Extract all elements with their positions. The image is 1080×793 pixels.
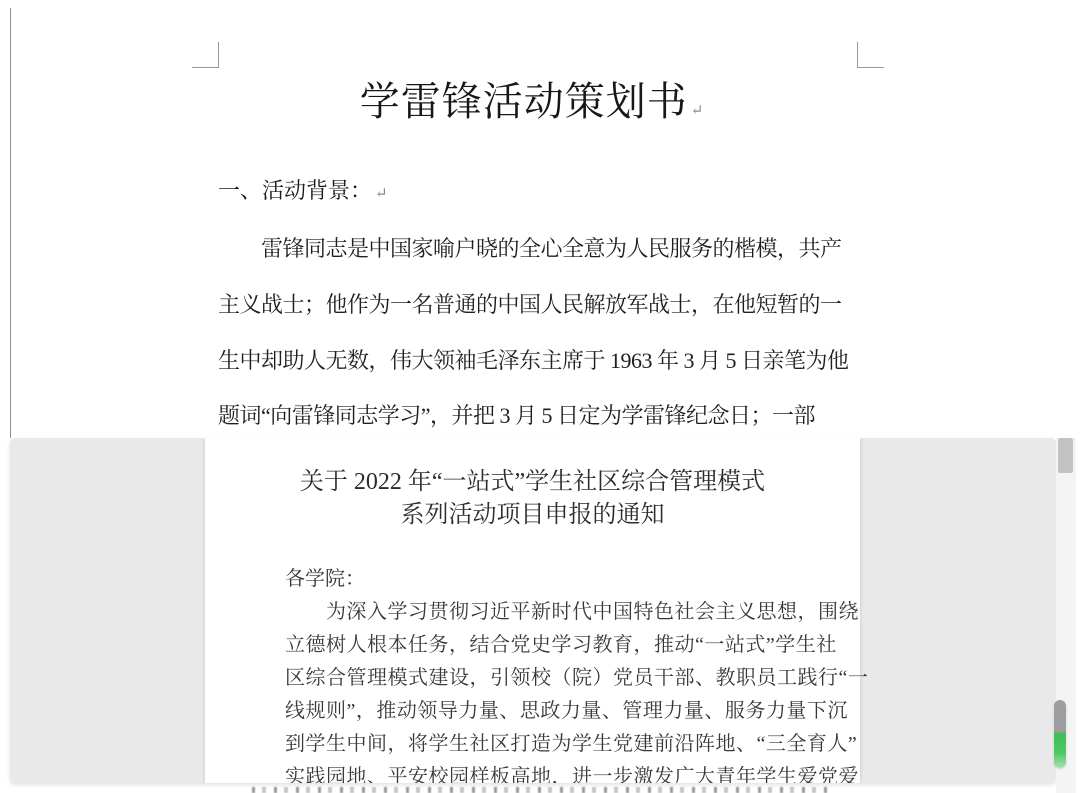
notice-body-line: 区综合管理模式建设，引领校（院）党员干部、教职员工践行“一	[285, 662, 825, 695]
scroll-progress-indicator[interactable]	[1054, 700, 1066, 768]
document-title-row: 学雷锋活动策划书↵	[218, 70, 845, 127]
notice-body-line: 到学生中间，将学生社区打造为学生党建前沿阵地、“三全育人”	[285, 728, 825, 761]
paragraph-line: 生中却助人无数，伟大领袖毛泽东主席于 1963 年 3 月 5 日亲笔为他	[218, 344, 878, 375]
section-heading-row: 一、活动背景：↵	[218, 174, 388, 205]
notice-screenshot-panel[interactable]: 关于 2022 年“一站式”学生社区综合管理模式 系列活动项目申报的通知 各学院…	[10, 438, 1056, 783]
page-left-edge	[10, 8, 11, 438]
notice-body-line: 为深入学习贯彻习近平新时代中国特色社会主义思想，围绕	[285, 596, 825, 629]
notice-body: 为深入学习贯彻习近平新时代中国特色社会主义思想，围绕 立德树人根本任务，结合党史…	[285, 596, 825, 783]
scrollbar-thumb[interactable]	[1058, 438, 1073, 473]
notice-title-line: 关于 2022 年“一站式”学生社区综合管理模式	[205, 466, 860, 499]
margin-crop-mark-top-left	[192, 42, 219, 68]
section-heading: 一、活动背景：	[218, 178, 372, 203]
margin-crop-mark-top-right	[857, 42, 884, 68]
clipped-text-line	[252, 787, 832, 793]
paragraph-line: 雷锋同志是中国家喻户晓的全心全意为人民服务的楷模，共产	[218, 232, 878, 263]
notice-salutation: 各学院：	[285, 562, 365, 591]
notice-title: 关于 2022 年“一站式”学生社区综合管理模式 系列活动项目申报的通知	[205, 466, 860, 532]
paragraph-line: 主义战士；他作为一名普通的中国人民解放军战士，在他短暂的一	[218, 288, 878, 319]
paragraph-mark-icon: ↵	[691, 103, 704, 119]
paragraph-line: 题词“向雷锋同志学习”，并把 3 月 5 日定为学雷锋纪念日；一部	[218, 399, 878, 430]
notice-body-line: 实践园地、平安校园样板高地，进一步激发广大青年学生爱党爱	[285, 761, 825, 783]
paragraph-mark-icon: ↵	[375, 186, 388, 202]
notice-title-line: 系列活动项目申报的通知	[205, 499, 860, 532]
document-title: 学雷锋活动策划书	[360, 79, 688, 124]
notice-page: 关于 2022 年“一站式”学生社区综合管理模式 系列活动项目申报的通知 各学院…	[205, 438, 860, 783]
notice-body-line: 立德树人根本任务，结合党史学习教育，推动“一站式”学生社	[285, 629, 825, 662]
notice-body-line: 线规则”，推动领导力量、思政力量、管理力量、服务力量下沉	[285, 695, 825, 728]
